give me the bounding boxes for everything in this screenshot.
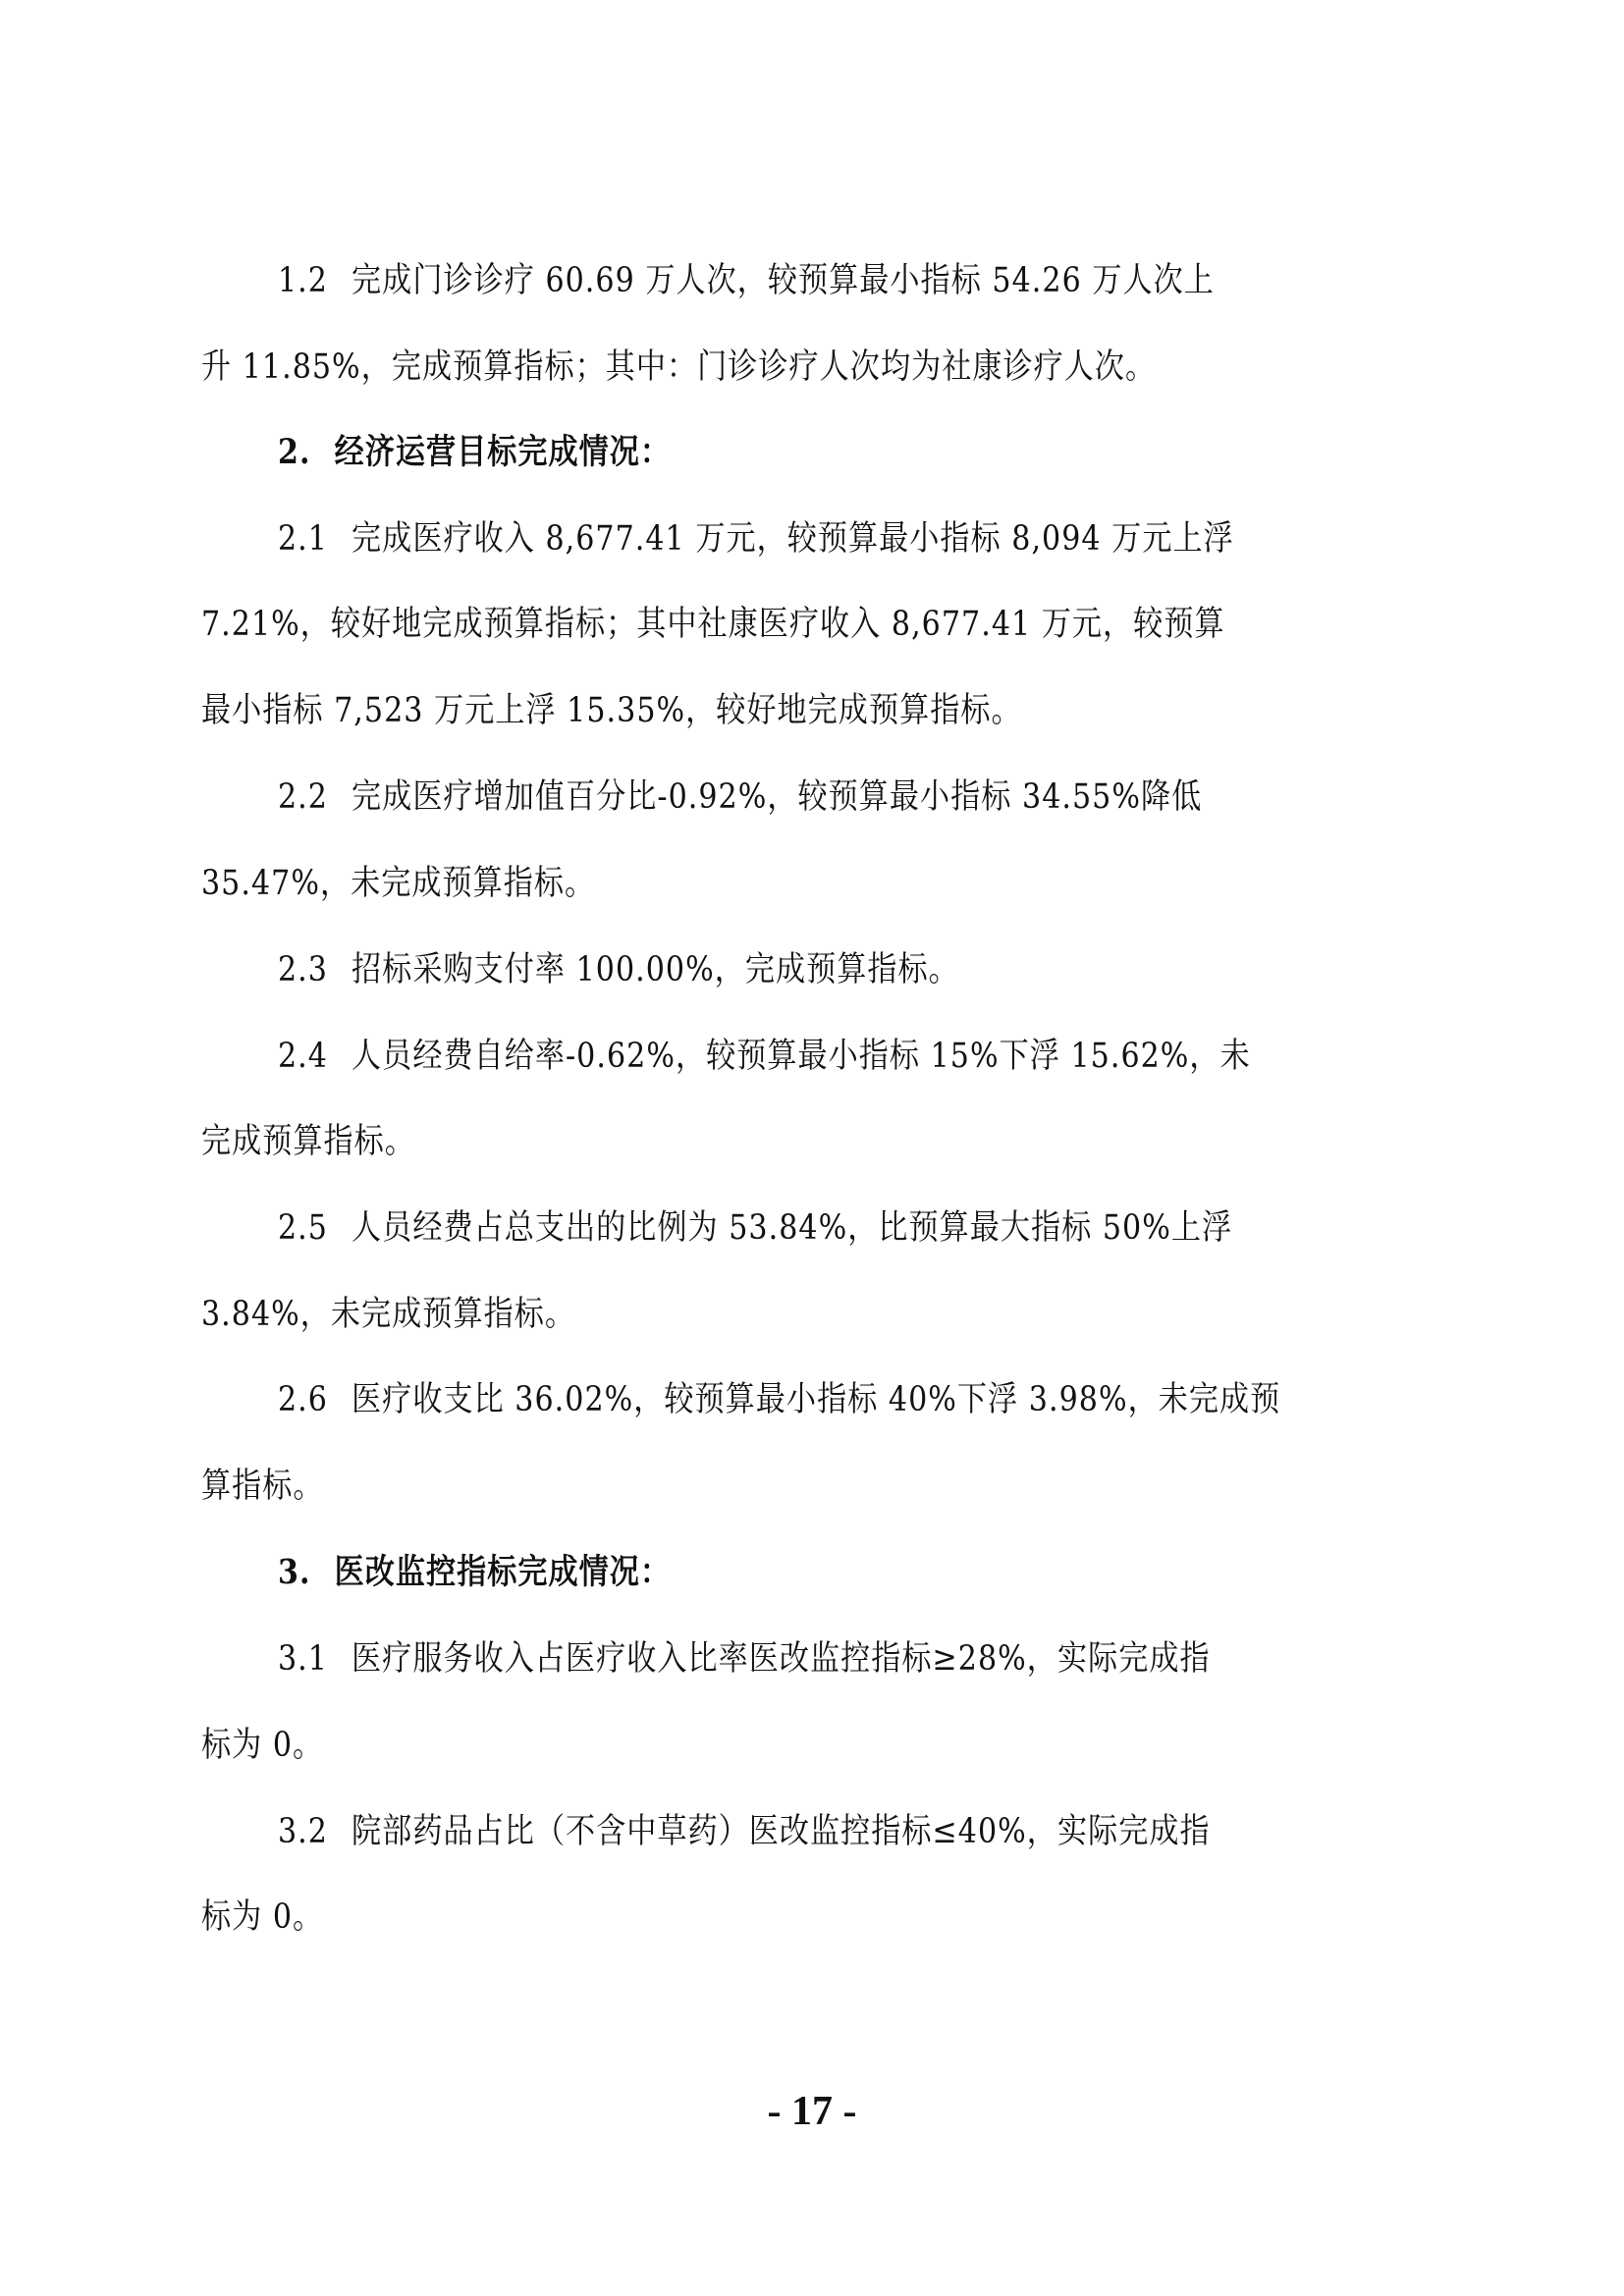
- paragraph-2-4-line-1: 2.4人员经费自给率-0.62%，较预算最小指标 15%下浮 15.62%，未: [278, 1035, 1251, 1078]
- paragraph-2-3: 2.3招标采购支付率 100.00%，完成预算指标。: [278, 948, 959, 991]
- paragraph-2-1-line-1: 2.1完成医疗收入 8,677.41 万元，较预算最小指标 8,094 万元上浮: [278, 517, 1234, 561]
- paragraph-2-6-line-1: 2.6医疗收支比 36.02%，较预算最小指标 40%下浮 3.98%，未完成预: [278, 1378, 1280, 1421]
- paragraph-2-1-line-3: 最小指标 7,523 万元上浮 15.35%，较好地完成预算指标。: [201, 689, 1022, 732]
- section-heading-3: 3.医改监控指标完成情况：: [278, 1551, 671, 1594]
- paragraph-1-2-line-2: 升 11.85%，完成预算指标；其中：门诊诊疗人次均为社康诊疗人次。: [201, 346, 1156, 389]
- page-number: - 17 -: [0, 2088, 1624, 2135]
- paragraph-3-2-line-1: 3.2院部药品占比（不含中草药）医改监控指标≤40%，实际完成指: [278, 1810, 1211, 1853]
- paragraph-2-5-line-1: 2.5人员经费占总支出的比例为 53.84%，比预算最大指标 50%上浮: [278, 1206, 1232, 1250]
- paragraph-1-2-line-1: 1.2完成门诊诊疗 60.69 万人次，较预算最小指标 54.26 万人次上: [278, 259, 1215, 302]
- paragraph-3-2-line-2: 标为 0。: [201, 1896, 323, 1939]
- paragraph-2-4-line-2: 完成预算指标。: [201, 1120, 415, 1163]
- section-heading-2: 2.经济运营目标完成情况：: [278, 431, 671, 474]
- paragraph-2-1-line-2: 7.21%，较好地完成预算指标；其中社康医疗收入 8,677.41 万元，较预算: [201, 603, 1225, 646]
- paragraph-2-2-line-2: 35.47%，未完成预算指标。: [201, 862, 595, 905]
- paragraph-3-1-line-2: 标为 0。: [201, 1724, 323, 1767]
- paragraph-2-6-line-2: 算指标。: [201, 1465, 324, 1508]
- paragraph-3-1-line-1: 3.1医疗服务收入占医疗收入比率医改监控指标≥28%，实际完成指: [278, 1637, 1211, 1681]
- paragraph-2-2-line-1: 2.2完成医疗增加值百分比-0.92%，较预算最小指标 34.55%降低: [278, 775, 1202, 819]
- paragraph-2-5-line-2: 3.84%，未完成预算指标。: [201, 1293, 575, 1336]
